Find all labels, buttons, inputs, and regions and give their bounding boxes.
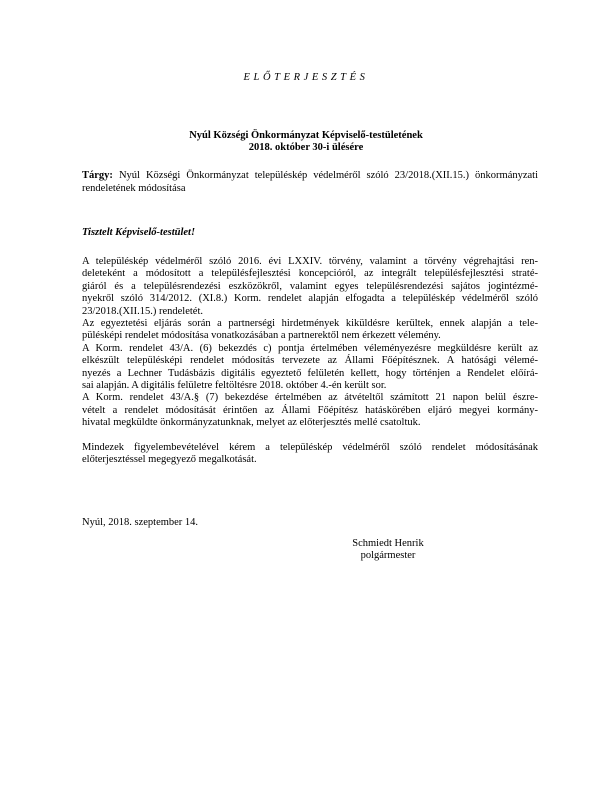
paragraph-line: A településkép védelméről szóló 2016. év… <box>82 256 538 268</box>
document-heading: Nyúl Községi Önkormányzat Képviselő-test… <box>0 130 612 153</box>
paragraph-line: Az egyeztetési eljárás során a partnersé… <box>82 318 538 330</box>
paragraph-line: A Korm. rendelet 43/A. (6) bekezdés c) p… <box>82 343 538 355</box>
paragraph-line: 23/2018.(XII.15.) rendeletét. <box>82 306 538 318</box>
body-paragraph: Mindezek figyelembevételével kérem a tel… <box>82 442 538 467</box>
paragraph-line: giáról és a településrendezési eszközökr… <box>82 281 538 293</box>
subject-text: Nyúl Községi Önkormányzat településkép v… <box>82 170 538 194</box>
heading-line-2: 2018. október 30-i ülésére <box>0 142 612 154</box>
signature-name: Schmiedt Henrik <box>338 538 438 550</box>
body-paragraph: Az egyeztetési eljárás során a partnersé… <box>82 318 538 343</box>
heading-line-1: Nyúl Községi Önkormányzat Képviselő-test… <box>0 130 612 142</box>
subject-label: Tárgy: <box>82 170 113 181</box>
paragraph-line: sai alapján. A digitális felületre feltö… <box>82 380 538 392</box>
document-body: A településkép védelméről szóló 2016. év… <box>82 256 538 467</box>
paragraph-line: nyekről szóló 314/2012. (XI.8.) Korm. re… <box>82 293 538 305</box>
paragraph-line: pülésképi rendelet módosítása vonatkozás… <box>82 330 538 342</box>
signature-role: polgármester <box>338 550 438 562</box>
date-line: Nyúl, 2018. szeptember 14. <box>82 517 198 528</box>
paragraph-line: deleteként a módosított a településfejle… <box>82 268 538 280</box>
paragraph-gap <box>82 429 538 441</box>
paragraph-line: előterjesztéssel megegyező megalkotását. <box>82 454 538 466</box>
paragraph-line: Mindezek figyelembevételével kérem a tel… <box>82 442 538 454</box>
signature-block: Schmiedt Henrik polgármester <box>338 538 438 562</box>
paragraph-line: elkészült településképi rendelet módosít… <box>82 355 538 367</box>
paragraph-line: nyezés a Lechner Tudásbázis digitális eg… <box>82 368 538 380</box>
document-page: ELŐTERJESZTÉS Nyúl Községi Önkormányzat … <box>0 0 612 792</box>
body-paragraph: A Korm. rendelet 43/A. (6) bekezdés c) p… <box>82 343 538 393</box>
body-paragraph: A településkép védelméről szóló 2016. év… <box>82 256 538 318</box>
body-paragraph: A Korm. rendelet 43/A.§ (7) bekezdése ér… <box>82 392 538 429</box>
paragraph-line: A Korm. rendelet 43/A.§ (7) bekezdése ér… <box>82 392 538 404</box>
salutation: Tisztelt Képviselő-testület! <box>82 227 195 238</box>
document-title: ELŐTERJESZTÉS <box>0 72 612 83</box>
subject-block: Tárgy: Nyúl Községi Önkormányzat települ… <box>82 170 538 195</box>
paragraph-line: vételt a rendelet módosítását érintően a… <box>82 405 538 417</box>
paragraph-line: hivatal megküldte önkormányzatunknak, me… <box>82 417 538 429</box>
